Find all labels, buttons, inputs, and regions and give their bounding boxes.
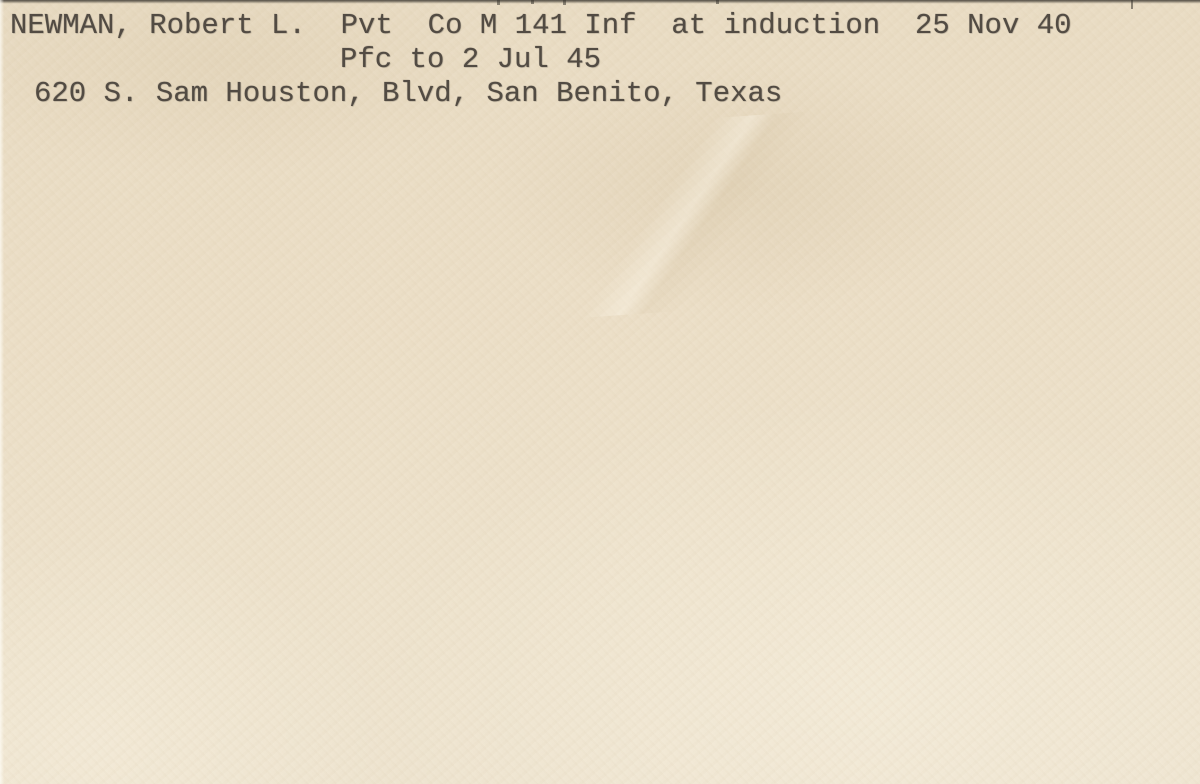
scan-edge-mark <box>497 0 500 5</box>
scan-edge-mark <box>531 0 534 4</box>
paper-crease <box>554 111 827 319</box>
typed-line-address: 620 S. Sam Houston, Blvd, San Benito, Te… <box>34 79 782 109</box>
scan-edge-mark <box>563 0 566 5</box>
typed-line-promotion: Pfc to 2 Jul 45 <box>340 45 601 75</box>
scan-edge-mark <box>716 0 719 4</box>
scan-edge-left <box>0 0 4 784</box>
index-card: NEWMAN, Robert L. Pvt Co M 141 Inf at in… <box>0 0 1200 784</box>
paper-grain-texture <box>0 0 1200 784</box>
typed-line-name-rank-unit: NEWMAN, Robert L. Pvt Co M 141 Inf at in… <box>10 11 1072 41</box>
scan-edge-mark <box>1131 0 1133 9</box>
scan-edge-top <box>0 0 1200 4</box>
